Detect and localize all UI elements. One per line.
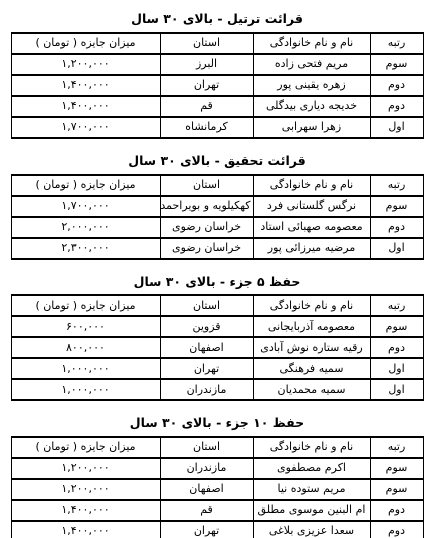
cell-rank: اول bbox=[370, 117, 423, 138]
award-table-section: حفظ ۱۰ جزء - بالای ۳۰ سال رتبه نام و نام… bbox=[0, 416, 434, 538]
cell-province: تهران bbox=[160, 358, 253, 379]
cell-rank: دوم bbox=[370, 217, 423, 238]
cell-name: سمیه محمدیان bbox=[253, 379, 370, 400]
table-row: دوم رقیه ستاره نوش آبادی اصفهان ۸۰۰,۰۰۰ bbox=[11, 337, 423, 358]
cell-province: کهکیلویه و بویراحمد bbox=[160, 196, 253, 217]
table-row: سوم معصومه آذربایجانی قزوین ۶۰۰,۰۰۰ bbox=[11, 316, 423, 337]
cell-rank: سوم bbox=[370, 196, 423, 217]
table-row: سوم مریم فتحی زاده البرز ۱,۲۰۰,۰۰۰ bbox=[11, 54, 423, 75]
cell-rank: سوم bbox=[370, 54, 423, 75]
cell-prize: ۱,۴۰۰,۰۰۰ bbox=[11, 521, 160, 538]
cell-province: مازندران bbox=[160, 458, 253, 479]
cell-prize: ۱,۰۰۰,۰۰۰ bbox=[11, 358, 160, 379]
cell-province: تهران bbox=[160, 75, 253, 96]
cell-province: قزوین bbox=[160, 316, 253, 337]
cell-province: مازندران bbox=[160, 379, 253, 400]
competition-results-document: قرائت ترتیل - بالای ۳۰ سال رتبه نام و نا… bbox=[0, 0, 434, 538]
table-row: دوم معصومه صهبائی استاد خراسان رضوی ۲,۰۰… bbox=[11, 217, 423, 238]
cell-rank: دوم bbox=[370, 75, 423, 96]
col-header-rank: رتبه bbox=[370, 175, 423, 196]
cell-name: رقیه ستاره نوش آبادی bbox=[253, 337, 370, 358]
col-header-rank: رتبه bbox=[370, 437, 423, 458]
col-header-name: نام و نام خانوادگی bbox=[253, 437, 370, 458]
header-row: رتبه نام و نام خانوادگی استان میزان جایز… bbox=[11, 437, 423, 458]
col-header-prize: میزان جایزه ( تومان ) bbox=[11, 33, 160, 54]
cell-prize: ۸۰۰,۰۰۰ bbox=[11, 337, 160, 358]
table-title: حفظ ۵ جزء - بالای ۳۰ سال bbox=[0, 275, 434, 289]
cell-name: نرگس گلستانی فرد bbox=[253, 196, 370, 217]
cell-name: مرضیه میرزائی پور bbox=[253, 238, 370, 259]
col-header-province: استان bbox=[160, 437, 253, 458]
cell-province: تهران bbox=[160, 521, 253, 538]
col-header-rank: رتبه bbox=[370, 295, 423, 316]
table-row: دوم ام البنین موسوی مطلق قم ۱,۴۰۰,۰۰۰ bbox=[11, 500, 423, 521]
col-header-prize: میزان جایزه ( تومان ) bbox=[11, 295, 160, 316]
cell-prize: ۱,۲۰۰,۰۰۰ bbox=[11, 54, 160, 75]
cell-province: خراسان رضوی bbox=[160, 217, 253, 238]
results-table: رتبه نام و نام خانوادگی استان میزان جایز… bbox=[11, 294, 424, 401]
cell-name: زهرا سهرابی bbox=[253, 117, 370, 138]
cell-province: اصفهان bbox=[160, 479, 253, 500]
table-row: دوم زهره یقینی پور تهران ۱,۴۰۰,۰۰۰ bbox=[11, 75, 423, 96]
cell-prize: ۱,۴۰۰,۰۰۰ bbox=[11, 500, 160, 521]
cell-name: مریم ستوده نیا bbox=[253, 479, 370, 500]
cell-province: اصفهان bbox=[160, 337, 253, 358]
cell-rank: دوم bbox=[370, 337, 423, 358]
col-header-prize: میزان جایزه ( تومان ) bbox=[11, 437, 160, 458]
table-row: اول سمیه محمدیان مازندران ۱,۰۰۰,۰۰۰ bbox=[11, 379, 423, 400]
cell-rank: اول bbox=[370, 238, 423, 259]
header-row: رتبه نام و نام خانوادگی استان میزان جایز… bbox=[11, 175, 423, 196]
cell-prize: ۱,۴۰۰,۰۰۰ bbox=[11, 75, 160, 96]
col-header-name: نام و نام خانوادگی bbox=[253, 33, 370, 54]
cell-prize: ۱,۰۰۰,۰۰۰ bbox=[11, 379, 160, 400]
cell-prize: ۱,۷۰۰,۰۰۰ bbox=[11, 117, 160, 138]
cell-name: سمیه فرهنگی bbox=[253, 358, 370, 379]
cell-name: زهره یقینی پور bbox=[253, 75, 370, 96]
cell-rank: سوم bbox=[370, 479, 423, 500]
cell-province: کرمانشاه bbox=[160, 117, 253, 138]
results-table: رتبه نام و نام خانوادگی استان میزان جایز… bbox=[11, 32, 424, 139]
header-row: رتبه نام و نام خانوادگی استان میزان جایز… bbox=[11, 33, 423, 54]
col-header-province: استان bbox=[160, 33, 253, 54]
col-header-rank: رتبه bbox=[370, 33, 423, 54]
cell-rank: دوم bbox=[370, 521, 423, 538]
table-title: قرائت ترتیل - بالای ۳۰ سال bbox=[0, 12, 434, 26]
cell-name: مریم فتحی زاده bbox=[253, 54, 370, 75]
cell-rank: دوم bbox=[370, 500, 423, 521]
cell-province: البرز bbox=[160, 54, 253, 75]
cell-rank: اول bbox=[370, 379, 423, 400]
results-table: رتبه نام و نام خانوادگی استان میزان جایز… bbox=[11, 174, 424, 260]
cell-rank: اول bbox=[370, 358, 423, 379]
cell-name: خدیجه دیاری بیدگلی bbox=[253, 96, 370, 117]
results-table: رتبه نام و نام خانوادگی استان میزان جایز… bbox=[11, 436, 424, 538]
award-table-section: قرائت تحقیق - بالای ۳۰ سال رتبه نام و نا… bbox=[0, 154, 434, 260]
table-title: قرائت تحقیق - بالای ۳۰ سال bbox=[0, 154, 434, 168]
col-header-prize: میزان جایزه ( تومان ) bbox=[11, 175, 160, 196]
table-row: اول سمیه فرهنگی تهران ۱,۰۰۰,۰۰۰ bbox=[11, 358, 423, 379]
table-row: سوم مریم ستوده نیا اصفهان ۱,۲۰۰,۰۰۰ bbox=[11, 479, 423, 500]
table-title: حفظ ۱۰ جزء - بالای ۳۰ سال bbox=[0, 416, 434, 430]
cell-prize: ۲,۰۰۰,۰۰۰ bbox=[11, 217, 160, 238]
cell-province: قم bbox=[160, 96, 253, 117]
cell-prize: ۱,۲۰۰,۰۰۰ bbox=[11, 479, 160, 500]
cell-province: خراسان رضوی bbox=[160, 238, 253, 259]
cell-prize: ۲,۳۰۰,۰۰۰ bbox=[11, 238, 160, 259]
col-header-province: استان bbox=[160, 295, 253, 316]
col-header-province: استان bbox=[160, 175, 253, 196]
cell-name: سعدا عزیزی بلاغی bbox=[253, 521, 370, 538]
award-table-section: قرائت ترتیل - بالای ۳۰ سال رتبه نام و نا… bbox=[0, 12, 434, 139]
cell-rank: سوم bbox=[370, 316, 423, 337]
cell-name: ام البنین موسوی مطلق bbox=[253, 500, 370, 521]
cell-name: اکرم مصطفوی bbox=[253, 458, 370, 479]
cell-name: معصومه صهبائی استاد bbox=[253, 217, 370, 238]
col-header-name: نام و نام خانوادگی bbox=[253, 175, 370, 196]
cell-prize: ۱,۷۰۰,۰۰۰ bbox=[11, 196, 160, 217]
table-row: سوم اکرم مصطفوی مازندران ۱,۲۰۰,۰۰۰ bbox=[11, 458, 423, 479]
table-row: اول زهرا سهرابی کرمانشاه ۱,۷۰۰,۰۰۰ bbox=[11, 117, 423, 138]
cell-prize: ۶۰۰,۰۰۰ bbox=[11, 316, 160, 337]
header-row: رتبه نام و نام خانوادگی استان میزان جایز… bbox=[11, 295, 423, 316]
table-row: دوم سعدا عزیزی بلاغی تهران ۱,۴۰۰,۰۰۰ bbox=[11, 521, 423, 538]
table-row: دوم خدیجه دیاری بیدگلی قم ۱,۴۰۰,۰۰۰ bbox=[11, 96, 423, 117]
cell-rank: سوم bbox=[370, 458, 423, 479]
cell-rank: دوم bbox=[370, 96, 423, 117]
cell-province: قم bbox=[160, 500, 253, 521]
col-header-name: نام و نام خانوادگی bbox=[253, 295, 370, 316]
cell-name: معصومه آذربایجانی bbox=[253, 316, 370, 337]
table-row: اول مرضیه میرزائی پور خراسان رضوی ۲,۳۰۰,… bbox=[11, 238, 423, 259]
cell-prize: ۱,۴۰۰,۰۰۰ bbox=[11, 96, 160, 117]
cell-prize: ۱,۲۰۰,۰۰۰ bbox=[11, 458, 160, 479]
table-row: سوم نرگس گلستانی فرد کهکیلویه و بویراحمد… bbox=[11, 196, 423, 217]
award-table-section: حفظ ۵ جزء - بالای ۳۰ سال رتبه نام و نام … bbox=[0, 275, 434, 402]
